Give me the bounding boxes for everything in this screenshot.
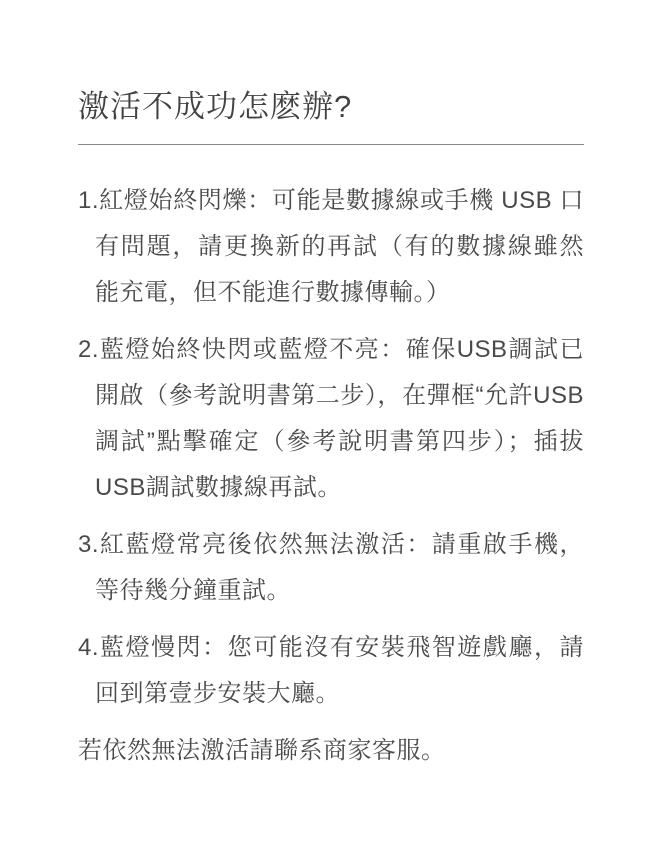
faq-content: 激活不成功怎麽辦? 1.紅燈始終閃爍：可能是數據線或手機 USB 口有問題，請更… xyxy=(78,88,584,774)
list-item-red-light-flashing: 1.紅燈始終閃爍：可能是數據線或手機 USB 口有問題，請更換新的再試（有的數據… xyxy=(78,178,584,316)
list-item-blue-light-fast-flash: 2.藍燈始終快閃或藍燈不亮：確保USB調試已開啟（參考說明書第二步），在彈框“允… xyxy=(78,327,584,511)
list-item-blue-light-slow-flash: 4.藍燈慢閃：您可能沒有安裝飛智遊戲廳，請回到第壹步安裝大廳。 xyxy=(78,625,584,717)
page-title: 激活不成功怎麽辦? xyxy=(78,88,584,125)
faq-page: 激活不成功怎麽辦? 1.紅燈始終閃爍：可能是數據線或手機 USB 口有問題，請更… xyxy=(0,0,663,863)
faq-list: 1.紅燈始終閃爍：可能是數據線或手機 USB 口有問題，請更換新的再試（有的數據… xyxy=(78,178,584,774)
title-divider xyxy=(78,144,584,145)
list-item-lights-on-no-activation: 3.紅藍燈常亮後依然無法激活：請重啟手機，等待幾分鐘重試。 xyxy=(78,522,584,614)
contact-support-note: 若依然無法激活請聯系商家客服。 xyxy=(78,728,584,774)
